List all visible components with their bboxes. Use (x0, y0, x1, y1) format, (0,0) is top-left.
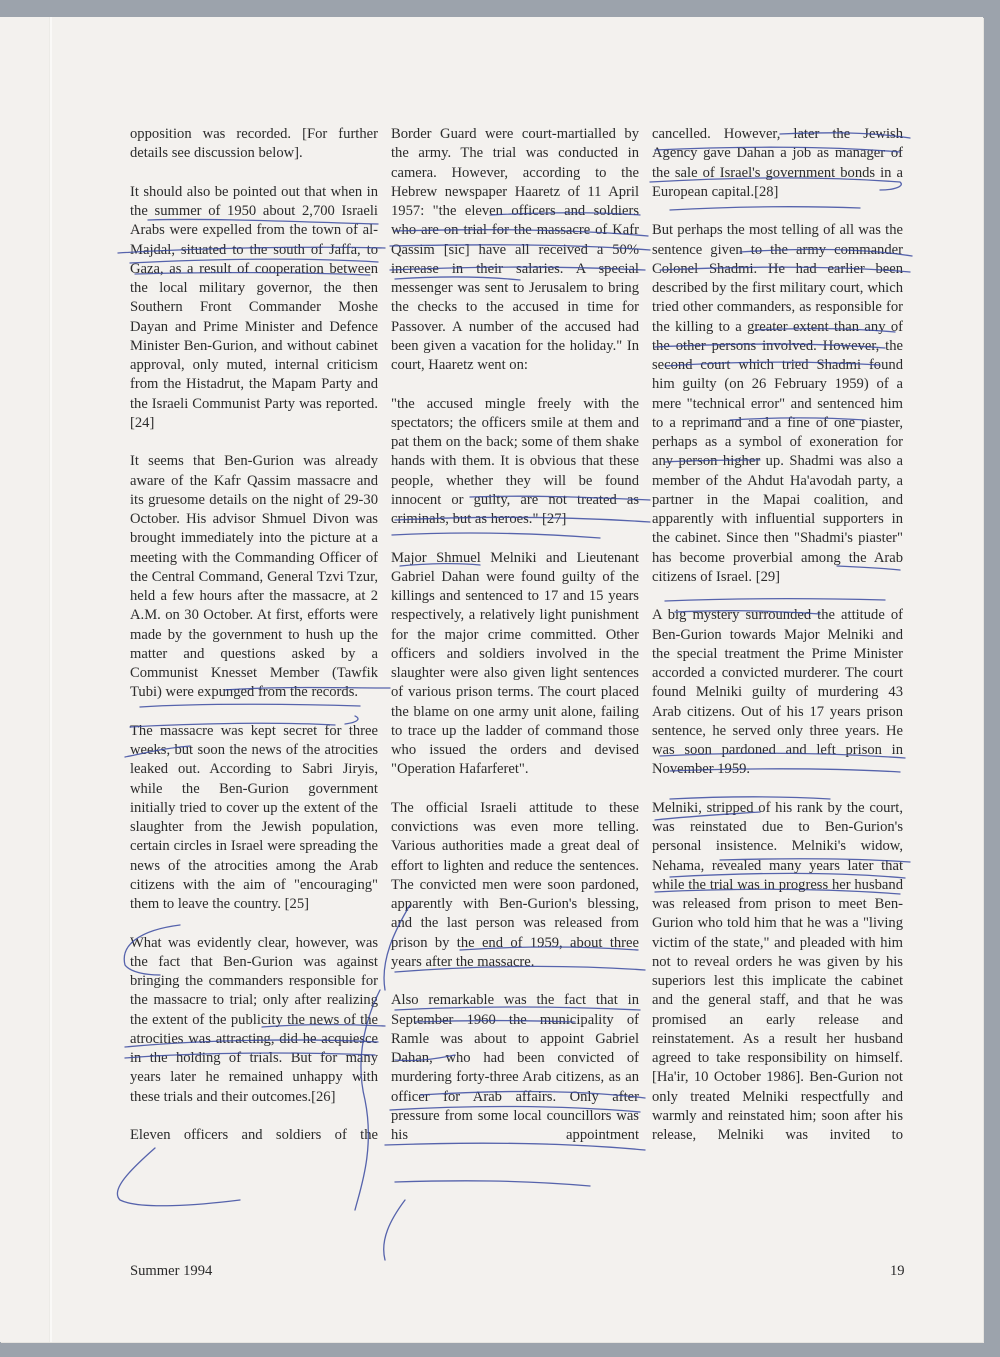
column-3: cancelled. However, later the Jewish Age… (652, 125, 903, 1145)
paragraph: opposition was recorded. [For further de… (130, 125, 378, 164)
paragraph: "the accused mingle freely with the spec… (391, 395, 639, 530)
paragraph: But perhaps the most telling of all was … (652, 221, 903, 587)
column-1: opposition was recorded. [For further de… (130, 125, 378, 1145)
paragraph: Eleven officers and soldiers of the (130, 1126, 378, 1145)
footer-page-number: 19 (890, 1263, 905, 1280)
paragraph: A big mystery surrounded the attitude of… (652, 606, 903, 779)
paragraph: Major Shmuel Melniki and Lieutenant Gabr… (391, 549, 639, 780)
paragraph: cancelled. However, later the Jewish Age… (652, 125, 903, 202)
paragraph: It should also be pointed out that when … (130, 183, 378, 433)
column-2: Border Guard were court-martialled by th… (391, 125, 639, 1145)
paragraph: The official Israeli attitude to these c… (391, 799, 639, 972)
paragraph: Melniki, stripped of his rank by the cou… (652, 799, 903, 1146)
footer-issue-date: Summer 1994 (130, 1263, 212, 1280)
paragraph: Border Guard were court-martialled by th… (391, 125, 639, 375)
paragraph: What was evidently clear, however, was t… (130, 934, 378, 1107)
paragraph: The massacre was kept secret for three w… (130, 722, 378, 915)
paragraph: It seems that Ben-Gurion was already awa… (130, 452, 378, 702)
paragraph: Also remarkable was the fact that in Sep… (391, 991, 639, 1145)
paper-fold-line (49, 17, 52, 1342)
document-page: opposition was recorded. [For further de… (0, 17, 983, 1342)
